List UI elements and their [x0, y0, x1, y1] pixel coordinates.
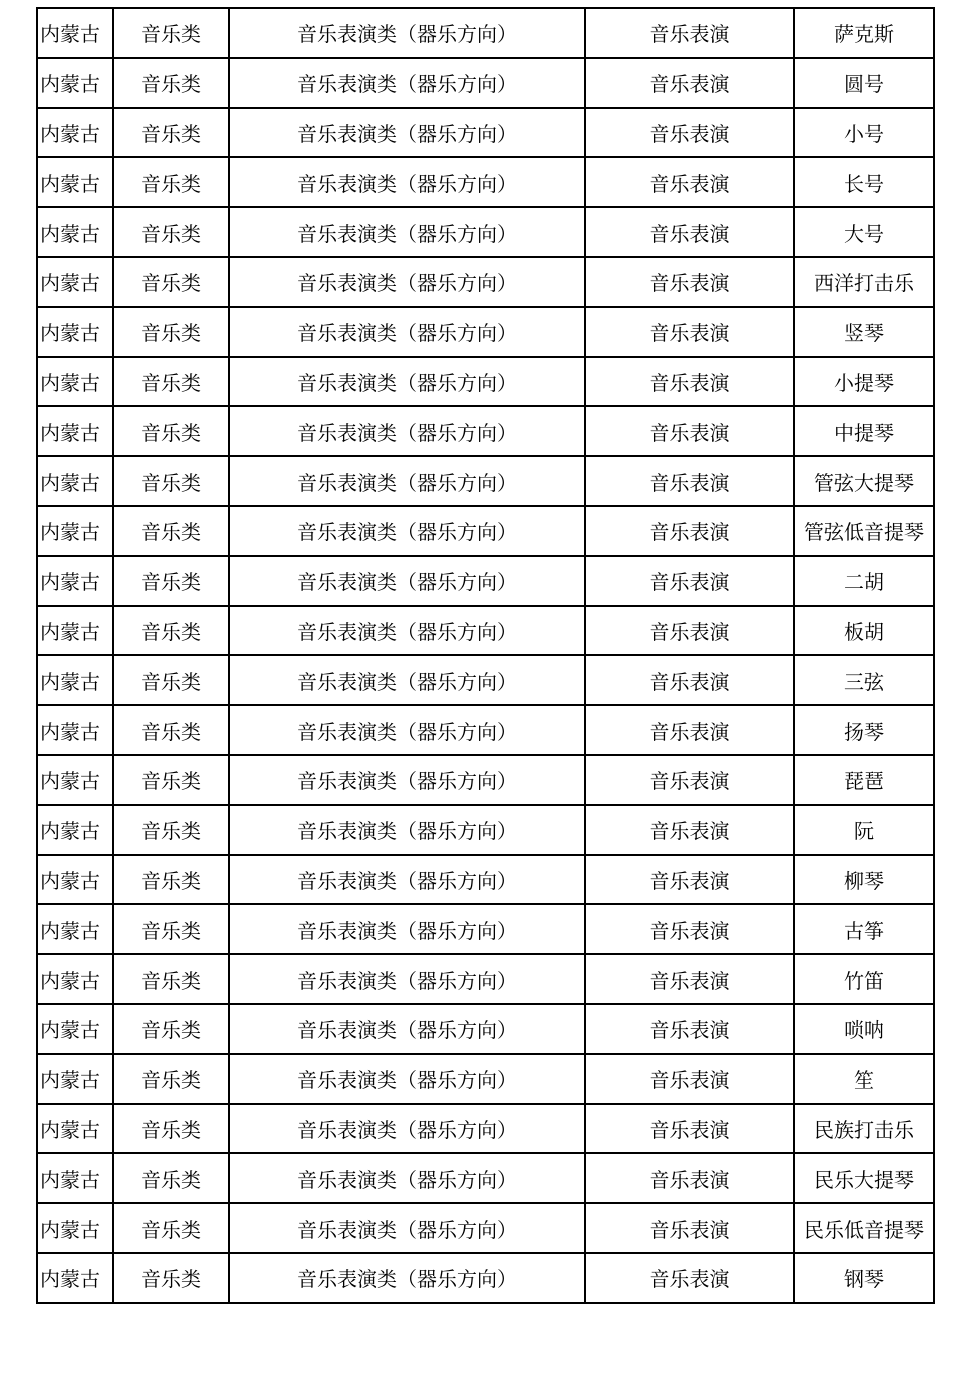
major-cell: 音乐表演 [585, 207, 794, 257]
subcategory-cell: 音乐表演类（器乐方向） [229, 257, 585, 307]
major-cell: 音乐表演 [585, 1253, 794, 1303]
subcategory-cell: 音乐表演类（器乐方向） [229, 805, 585, 855]
subcategory-cell: 音乐表演类（器乐方向） [229, 556, 585, 606]
category-cell: 音乐类 [113, 257, 229, 307]
table-row: 内蒙古音乐类音乐表演类（器乐方向）音乐表演小提琴 [37, 357, 934, 407]
province-cell: 内蒙古 [37, 406, 113, 456]
major-cell: 音乐表演 [585, 506, 794, 556]
category-cell: 音乐类 [113, 705, 229, 755]
instrument-cell: 唢呐 [794, 1004, 934, 1054]
province-cell: 内蒙古 [37, 954, 113, 1004]
table-row: 内蒙古音乐类音乐表演类（器乐方向）音乐表演二胡 [37, 556, 934, 606]
category-cell: 音乐类 [113, 954, 229, 1004]
table-row: 内蒙古音乐类音乐表演类（器乐方向）音乐表演扬琴 [37, 705, 934, 755]
table-row: 内蒙古音乐类音乐表演类（器乐方向）音乐表演小号 [37, 108, 934, 158]
instrument-table: 内蒙古音乐类音乐表演类（器乐方向）音乐表演萨克斯内蒙古音乐类音乐表演类（器乐方向… [36, 7, 935, 1304]
table-row: 内蒙古音乐类音乐表演类（器乐方向）音乐表演西洋打击乐 [37, 257, 934, 307]
instrument-cell: 扬琴 [794, 705, 934, 755]
table-row: 内蒙古音乐类音乐表演类（器乐方向）音乐表演管弦大提琴 [37, 456, 934, 506]
subcategory-cell: 音乐表演类（器乐方向） [229, 1153, 585, 1203]
subcategory-cell: 音乐表演类（器乐方向） [229, 207, 585, 257]
subcategory-cell: 音乐表演类（器乐方向） [229, 108, 585, 158]
table-row: 内蒙古音乐类音乐表演类（器乐方向）音乐表演长号 [37, 157, 934, 207]
instrument-cell: 小提琴 [794, 357, 934, 407]
province-cell: 内蒙古 [37, 307, 113, 357]
province-cell: 内蒙古 [37, 357, 113, 407]
major-cell: 音乐表演 [585, 108, 794, 158]
category-cell: 音乐类 [113, 855, 229, 905]
province-cell: 内蒙古 [37, 257, 113, 307]
category-cell: 音乐类 [113, 556, 229, 606]
major-cell: 音乐表演 [585, 855, 794, 905]
table-row: 内蒙古音乐类音乐表演类（器乐方向）音乐表演民乐低音提琴 [37, 1203, 934, 1253]
province-cell: 内蒙古 [37, 456, 113, 506]
major-cell: 音乐表演 [585, 406, 794, 456]
subcategory-cell: 音乐表演类（器乐方向） [229, 506, 585, 556]
subcategory-cell: 音乐表演类（器乐方向） [229, 1203, 585, 1253]
table-body: 内蒙古音乐类音乐表演类（器乐方向）音乐表演萨克斯内蒙古音乐类音乐表演类（器乐方向… [37, 8, 934, 1303]
subcategory-cell: 音乐表演类（器乐方向） [229, 705, 585, 755]
major-cell: 音乐表演 [585, 1203, 794, 1253]
instrument-cell: 阮 [794, 805, 934, 855]
category-cell: 音乐类 [113, 406, 229, 456]
table-row: 内蒙古音乐类音乐表演类（器乐方向）音乐表演古筝 [37, 904, 934, 954]
province-cell: 内蒙古 [37, 108, 113, 158]
province-cell: 内蒙古 [37, 1054, 113, 1104]
province-cell: 内蒙古 [37, 506, 113, 556]
major-cell: 音乐表演 [585, 1004, 794, 1054]
province-cell: 内蒙古 [37, 705, 113, 755]
province-cell: 内蒙古 [37, 805, 113, 855]
province-cell: 内蒙古 [37, 556, 113, 606]
table-row: 内蒙古音乐类音乐表演类（器乐方向）音乐表演琵琶 [37, 755, 934, 805]
table-row: 内蒙古音乐类音乐表演类（器乐方向）音乐表演三弦 [37, 655, 934, 705]
table-row: 内蒙古音乐类音乐表演类（器乐方向）音乐表演笙 [37, 1054, 934, 1104]
province-cell: 内蒙古 [37, 755, 113, 805]
major-cell: 音乐表演 [585, 157, 794, 207]
category-cell: 音乐类 [113, 655, 229, 705]
category-cell: 音乐类 [113, 1203, 229, 1253]
major-cell: 音乐表演 [585, 556, 794, 606]
instrument-cell: 民乐低音提琴 [794, 1203, 934, 1253]
category-cell: 音乐类 [113, 1104, 229, 1154]
instrument-cell: 小号 [794, 108, 934, 158]
subcategory-cell: 音乐表演类（器乐方向） [229, 1054, 585, 1104]
table-row: 内蒙古音乐类音乐表演类（器乐方向）音乐表演唢呐 [37, 1004, 934, 1054]
province-cell: 内蒙古 [37, 58, 113, 108]
instrument-cell: 管弦大提琴 [794, 456, 934, 506]
table-row: 内蒙古音乐类音乐表演类（器乐方向）音乐表演管弦低音提琴 [37, 506, 934, 556]
category-cell: 音乐类 [113, 805, 229, 855]
instrument-cell: 柳琴 [794, 855, 934, 905]
table-row: 内蒙古音乐类音乐表演类（器乐方向）音乐表演阮 [37, 805, 934, 855]
instrument-cell: 二胡 [794, 556, 934, 606]
subcategory-cell: 音乐表演类（器乐方向） [229, 456, 585, 506]
category-cell: 音乐类 [113, 108, 229, 158]
province-cell: 内蒙古 [37, 8, 113, 58]
subcategory-cell: 音乐表演类（器乐方向） [229, 58, 585, 108]
category-cell: 音乐类 [113, 755, 229, 805]
subcategory-cell: 音乐表演类（器乐方向） [229, 8, 585, 58]
subcategory-cell: 音乐表演类（器乐方向） [229, 954, 585, 1004]
table-row: 内蒙古音乐类音乐表演类（器乐方向）音乐表演民乐大提琴 [37, 1153, 934, 1203]
major-cell: 音乐表演 [585, 606, 794, 656]
major-cell: 音乐表演 [585, 307, 794, 357]
category-cell: 音乐类 [113, 456, 229, 506]
major-cell: 音乐表演 [585, 904, 794, 954]
instrument-cell: 萨克斯 [794, 8, 934, 58]
subcategory-cell: 音乐表演类（器乐方向） [229, 157, 585, 207]
category-cell: 音乐类 [113, 904, 229, 954]
subcategory-cell: 音乐表演类（器乐方向） [229, 1104, 585, 1154]
table-row: 内蒙古音乐类音乐表演类（器乐方向）音乐表演竹笛 [37, 954, 934, 1004]
major-cell: 音乐表演 [585, 1104, 794, 1154]
instrument-cell: 古筝 [794, 904, 934, 954]
subcategory-cell: 音乐表演类（器乐方向） [229, 307, 585, 357]
major-cell: 音乐表演 [585, 954, 794, 1004]
category-cell: 音乐类 [113, 1153, 229, 1203]
category-cell: 音乐类 [113, 606, 229, 656]
instrument-cell: 竖琴 [794, 307, 934, 357]
subcategory-cell: 音乐表演类（器乐方向） [229, 606, 585, 656]
table-row: 内蒙古音乐类音乐表演类（器乐方向）音乐表演民族打击乐 [37, 1104, 934, 1154]
province-cell: 内蒙古 [37, 157, 113, 207]
category-cell: 音乐类 [113, 307, 229, 357]
instrument-cell: 中提琴 [794, 406, 934, 456]
category-cell: 音乐类 [113, 506, 229, 556]
instrument-cell: 长号 [794, 157, 934, 207]
major-cell: 音乐表演 [585, 705, 794, 755]
major-cell: 音乐表演 [585, 655, 794, 705]
instrument-cell: 管弦低音提琴 [794, 506, 934, 556]
category-cell: 音乐类 [113, 1004, 229, 1054]
subcategory-cell: 音乐表演类（器乐方向） [229, 904, 585, 954]
province-cell: 内蒙古 [37, 207, 113, 257]
subcategory-cell: 音乐表演类（器乐方向） [229, 357, 585, 407]
category-cell: 音乐类 [113, 1054, 229, 1104]
instrument-cell: 民乐大提琴 [794, 1153, 934, 1203]
instrument-cell: 圆号 [794, 58, 934, 108]
subcategory-cell: 音乐表演类（器乐方向） [229, 855, 585, 905]
table-row: 内蒙古音乐类音乐表演类（器乐方向）音乐表演萨克斯 [37, 8, 934, 58]
major-cell: 音乐表演 [585, 357, 794, 407]
category-cell: 音乐类 [113, 58, 229, 108]
province-cell: 内蒙古 [37, 904, 113, 954]
table-row: 内蒙古音乐类音乐表演类（器乐方向）音乐表演板胡 [37, 606, 934, 656]
table-row: 内蒙古音乐类音乐表演类（器乐方向）音乐表演钢琴 [37, 1253, 934, 1303]
major-cell: 音乐表演 [585, 8, 794, 58]
table-row: 内蒙古音乐类音乐表演类（器乐方向）音乐表演圆号 [37, 58, 934, 108]
category-cell: 音乐类 [113, 207, 229, 257]
major-cell: 音乐表演 [585, 1153, 794, 1203]
major-cell: 音乐表演 [585, 456, 794, 506]
instrument-cell: 民族打击乐 [794, 1104, 934, 1154]
instrument-cell: 钢琴 [794, 1253, 934, 1303]
instrument-cell: 琵琶 [794, 755, 934, 805]
province-cell: 内蒙古 [37, 1253, 113, 1303]
province-cell: 内蒙古 [37, 655, 113, 705]
province-cell: 内蒙古 [37, 1153, 113, 1203]
instrument-cell: 西洋打击乐 [794, 257, 934, 307]
major-cell: 音乐表演 [585, 1054, 794, 1104]
subcategory-cell: 音乐表演类（器乐方向） [229, 1004, 585, 1054]
major-cell: 音乐表演 [585, 58, 794, 108]
subcategory-cell: 音乐表演类（器乐方向） [229, 755, 585, 805]
category-cell: 音乐类 [113, 1253, 229, 1303]
subcategory-cell: 音乐表演类（器乐方向） [229, 1253, 585, 1303]
subcategory-cell: 音乐表演类（器乐方向） [229, 655, 585, 705]
province-cell: 内蒙古 [37, 606, 113, 656]
instrument-cell: 竹笛 [794, 954, 934, 1004]
province-cell: 内蒙古 [37, 1104, 113, 1154]
province-cell: 内蒙古 [37, 1004, 113, 1054]
category-cell: 音乐类 [113, 157, 229, 207]
table-row: 内蒙古音乐类音乐表演类（器乐方向）音乐表演中提琴 [37, 406, 934, 456]
subcategory-cell: 音乐表演类（器乐方向） [229, 406, 585, 456]
province-cell: 内蒙古 [37, 855, 113, 905]
province-cell: 内蒙古 [37, 1203, 113, 1253]
table-row: 内蒙古音乐类音乐表演类（器乐方向）音乐表演竖琴 [37, 307, 934, 357]
table-row: 内蒙古音乐类音乐表演类（器乐方向）音乐表演柳琴 [37, 855, 934, 905]
major-cell: 音乐表演 [585, 257, 794, 307]
table-row: 内蒙古音乐类音乐表演类（器乐方向）音乐表演大号 [37, 207, 934, 257]
instrument-cell: 笙 [794, 1054, 934, 1104]
category-cell: 音乐类 [113, 8, 229, 58]
major-cell: 音乐表演 [585, 755, 794, 805]
major-cell: 音乐表演 [585, 805, 794, 855]
instrument-cell: 三弦 [794, 655, 934, 705]
instrument-cell: 板胡 [794, 606, 934, 656]
instrument-cell: 大号 [794, 207, 934, 257]
category-cell: 音乐类 [113, 357, 229, 407]
